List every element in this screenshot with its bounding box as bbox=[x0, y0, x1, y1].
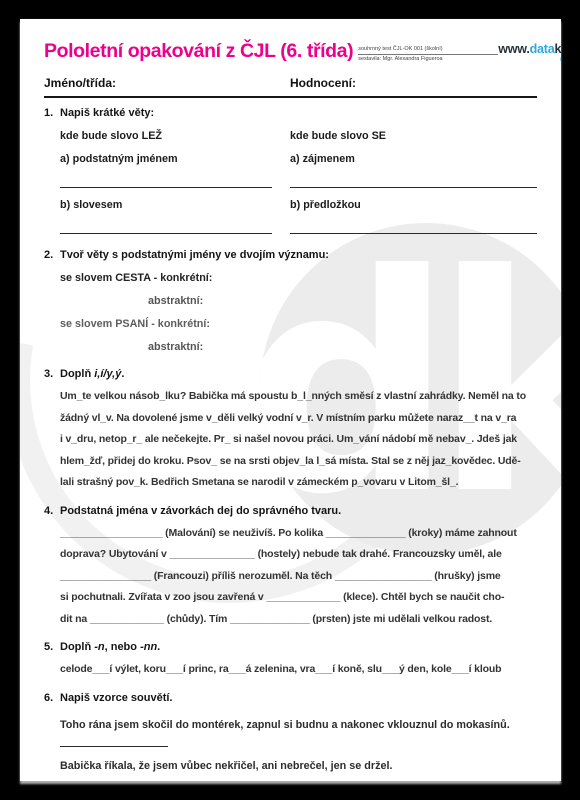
prompt-cesta-abstraktni: abstraktní: bbox=[148, 294, 537, 309]
section-2-heading: Tvoř věty s podstatnými jmény ve dvojím … bbox=[60, 249, 329, 261]
section-6-number: 6. bbox=[44, 691, 60, 706]
left-intro: kde bude slovo LEŽ bbox=[60, 129, 290, 144]
right-option-a: a) zájmenem bbox=[290, 152, 537, 167]
paragraph-line: __________________ (Malování) se neuživí… bbox=[60, 523, 537, 545]
paragraph-line: lali strašný pov_k. Bedřich Smetana se n… bbox=[60, 472, 537, 494]
section-1-left-column: kde bude slovo LEŽ a) podstatným jménem … bbox=[60, 121, 290, 234]
declension-paragraph: __________________ (Malování) se neuživí… bbox=[60, 523, 537, 631]
prompt-psani-abstraktni: abstraktní: bbox=[148, 340, 537, 355]
section-5-number: 5. bbox=[44, 640, 60, 655]
section-3: 3.Doplň i,í/y,ý. Um_te velkou násob_lku?… bbox=[44, 367, 537, 494]
paragraph-line: žádný vl_v. Na dovolené jsme v_děli velk… bbox=[60, 408, 537, 430]
section-1: 1.Napiš krátké věty: kde bude slovo LEŽ … bbox=[44, 106, 537, 234]
header: Pololetní opakování z ČJL (6. třída) sou… bbox=[44, 39, 537, 63]
name-label: Jméno/třída: bbox=[44, 76, 116, 90]
answer-line-short bbox=[60, 777, 168, 782]
section-2: 2.Tvoř věty s podstatnými jmény ve dvojí… bbox=[44, 248, 537, 355]
right-intro: kde bude slovo SE bbox=[290, 129, 537, 144]
test-metadata: souhrnný test ČJL-OK 001 (školní) sestav… bbox=[358, 46, 498, 63]
exercise-line: celode___í výlet, koru___í princ, ra___á… bbox=[60, 659, 537, 681]
answer-line bbox=[60, 167, 272, 188]
n-nn-exercise: celode___í výlet, koru___í princ, ra___á… bbox=[60, 659, 537, 681]
left-option-b: b) slovesem bbox=[60, 198, 290, 213]
page-title: Pololetní opakování z ČJL (6. třída) bbox=[44, 39, 353, 63]
score-label: Hodnocení: bbox=[290, 76, 356, 90]
paragraph-line: ________________ (Francouzi) příliš nero… bbox=[60, 566, 537, 588]
worksheet-page: dk Pololetní opakování z ČJL (6. třída) … bbox=[20, 19, 561, 781]
answer-line bbox=[60, 213, 272, 234]
section-1-heading: Napiš krátké věty: bbox=[60, 107, 154, 119]
paragraph-line: doprava? Ubytování v _______________ (ho… bbox=[60, 544, 537, 566]
paragraph-line: Um_te velkou násob_lku? Babička má spous… bbox=[60, 386, 537, 408]
prompt-psani-konkretni: se slovem PSANÍ - konkrétní: bbox=[60, 317, 537, 332]
section-1-number: 1. bbox=[44, 106, 60, 121]
brand-tagline: inspirace bez hranic bbox=[498, 57, 561, 63]
section-4-heading: Podstatná jména v závorkách dej do správ… bbox=[60, 505, 341, 517]
author-line: sestavila: Mgr. Alexandra Figueroa bbox=[358, 55, 498, 63]
paragraph-line: dit na _____________ (chůdy). Tím ______… bbox=[60, 609, 537, 631]
answer-line-short bbox=[60, 736, 168, 747]
brand-block: www.datakabinet.cz inspirace bez hranic bbox=[498, 39, 561, 63]
section-1-right-column: kde bude slovo SE a) zájmenem b) předlož… bbox=[290, 121, 537, 234]
url-suffix: kabinet.cz bbox=[555, 42, 561, 56]
paragraph-line: i v_dru, netop_r_ ale nečekejte. Pr_ si … bbox=[60, 429, 537, 451]
section-3-number: 3. bbox=[44, 367, 60, 382]
section-4-number: 4. bbox=[44, 504, 60, 519]
answer-line bbox=[290, 213, 537, 234]
answer-line bbox=[290, 167, 537, 188]
website-link[interactable]: www.datakabinet.cz bbox=[498, 42, 561, 56]
sentence-1: Toho rána jsem skočil do montérek, zapnu… bbox=[60, 714, 537, 736]
test-code-line: souhrnný test ČJL-OK 001 (školní) bbox=[358, 46, 498, 55]
section-3-heading: Doplň i,í/y,ý. bbox=[60, 368, 124, 380]
prompt-cesta-konkretni: se slovem CESTA - konkrétní: bbox=[60, 271, 537, 286]
sentence-2: Babička říkala, že jsem vůbec nekřičel, … bbox=[60, 755, 537, 777]
right-option-b: b) předložkou bbox=[290, 198, 537, 213]
url-prefix: www. bbox=[498, 42, 529, 56]
section-6: 6.Napiš vzorce souvětí. Toho rána jsem s… bbox=[44, 691, 537, 782]
paragraph-line: hlem_žď, přidej do kroku. Psov_ se na sr… bbox=[60, 451, 537, 473]
name-score-row: Jméno/třída: Hodnocení: bbox=[44, 76, 537, 98]
section-2-number: 2. bbox=[44, 248, 60, 263]
section-5: 5.Doplň -n, nebo -nn. celode___í výlet, … bbox=[44, 640, 537, 681]
section-4: 4.Podstatná jména v závorkách dej do spr… bbox=[44, 504, 537, 631]
fill-in-paragraph: Um_te velkou násob_lku? Babička má spous… bbox=[60, 386, 537, 494]
section-6-heading: Napiš vzorce souvětí. bbox=[60, 692, 173, 704]
paragraph-line: si pochutnali. Zvířata v zoo jsou zavřen… bbox=[60, 587, 537, 609]
section-5-heading: Doplň -n, nebo -nn. bbox=[60, 641, 160, 653]
url-highlight: data bbox=[530, 42, 555, 56]
left-option-a: a) podstatným jménem bbox=[60, 152, 290, 167]
